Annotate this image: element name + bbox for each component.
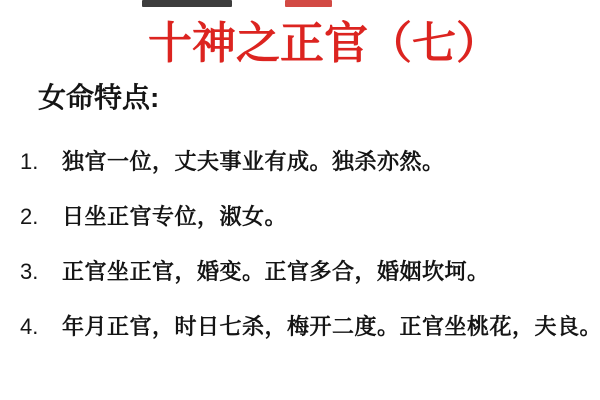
list-item: 2. 日坐正官专位，淑女。 <box>0 199 600 254</box>
list-item-text: 正官坐正官，婚变。正官多合，婚姻坎坷。 <box>62 258 490 286</box>
list-item-number: 1. <box>0 148 62 176</box>
list-item-text: 年月正官，时日七杀，梅开二度。正官坐桃花，夫良。 <box>62 313 600 341</box>
page-title: 十神之正官（七） <box>148 18 500 70</box>
document-page: 十神之正官（七） 女命特点: 1. 独官一位，丈夫事业有成。独杀亦然。 2. 日… <box>0 0 600 400</box>
feature-list: 1. 独官一位，丈夫事业有成。独杀亦然。 2. 日坐正官专位，淑女。 3. 正官… <box>0 144 600 364</box>
list-item-number: 4. <box>0 313 62 341</box>
list-item-number: 3. <box>0 258 62 286</box>
list-item: 3. 正官坐正官，婚变。正官多合，婚姻坎坷。 <box>0 254 600 309</box>
cropped-topline-fragment-red <box>285 0 332 7</box>
cropped-topline-fragment-dark <box>142 0 232 7</box>
section-heading: 女命特点: <box>38 82 159 114</box>
list-item-text: 独官一位，丈夫事业有成。独杀亦然。 <box>62 148 445 176</box>
list-item: 4. 年月正官，时日七杀，梅开二度。正官坐桃花，夫良。 <box>0 309 600 364</box>
list-item-number: 2. <box>0 203 62 231</box>
list-item: 1. 独官一位，丈夫事业有成。独杀亦然。 <box>0 144 600 199</box>
list-item-text: 日坐正官专位，淑女。 <box>62 203 287 231</box>
